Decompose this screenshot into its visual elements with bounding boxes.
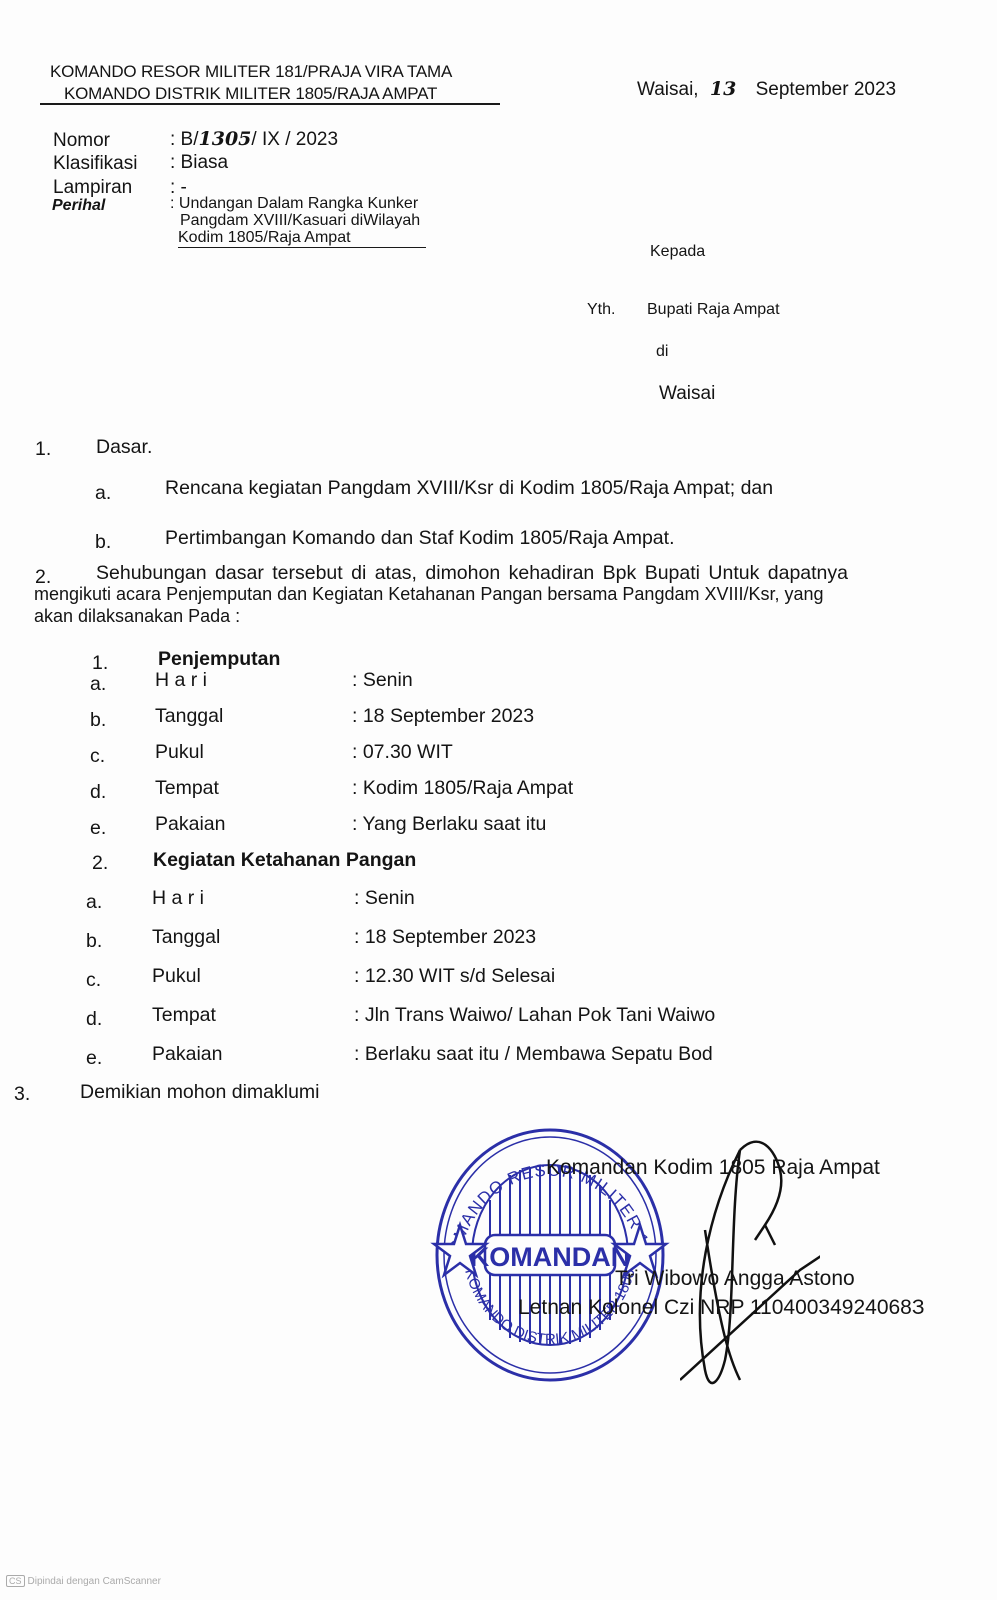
event-2-row-value: : 12.30 WIT s/d Selesai	[354, 965, 555, 988]
event-2-row-value: : Senin	[354, 887, 415, 910]
perihal-line-3: Kodim 1805/Raja Ampat	[178, 229, 426, 248]
event-2-row-letter: c.	[86, 969, 101, 992]
camscanner-footer: CSDipindai dengan CamScanner	[6, 1575, 161, 1587]
event-1-row-value: : Yang Berlaku saat itu	[352, 813, 546, 836]
event-1-row-letter: c.	[90, 745, 105, 768]
place-date: Waisai, 13 September 2023	[637, 78, 896, 101]
klasifikasi-label: Klasifikasi	[53, 153, 137, 175]
lampiran-label: Lampiran	[53, 177, 132, 199]
klasifikasi-value: : Biasa	[170, 152, 228, 174]
yth-label: Yth.	[587, 301, 615, 319]
event-1-row-value: : 07.30 WIT	[352, 741, 453, 764]
p2-line-3: akan dilaksanakan Pada :	[34, 606, 240, 627]
recipient-place: Waisai	[659, 383, 715, 405]
p3-text: Demikian mohon dimaklumi	[80, 1081, 320, 1104]
header-line-2: KOMANDO DISTRIK MILITER 1805/RAJA AMPAT	[64, 84, 437, 104]
event-1-title: Penjemputan	[158, 648, 280, 671]
p1-number: 1.	[35, 438, 51, 461]
p2-line-1: Sehubungan dasar tersebut di atas, dimoh…	[96, 562, 848, 585]
perihal-line-2: Pangdam XVIII/Kasuari diWilayah	[180, 212, 420, 230]
p3-number: 3.	[14, 1083, 30, 1106]
event-2-row-label: Tanggal	[152, 926, 220, 949]
p1-title: Dasar.	[96, 436, 152, 459]
event-1-row-letter: d.	[90, 781, 106, 804]
p1-item-b-text: Pertimbangan Komando dan Staf Kodim 1805…	[165, 527, 675, 550]
perihal-label: Perihal	[52, 197, 105, 215]
event-1-row-value: : Senin	[352, 669, 413, 692]
p2-line-2: mengikuti acara Penjemputan dan Kegiatan…	[34, 584, 824, 605]
event-2-number: 2.	[92, 852, 108, 875]
event-2-row-letter: e.	[86, 1047, 102, 1070]
event-1-row-letter: a.	[90, 673, 106, 696]
header-underline	[40, 103, 500, 105]
stamp-center-text: KOMANDAN	[470, 1242, 630, 1272]
event-1-row-value: : 18 September 2023	[352, 705, 534, 728]
event-2-row-value: : Berlaku saat itu / Membawa Sepatu Bod	[354, 1043, 713, 1066]
recipient-di: di	[656, 343, 668, 361]
event-1-row-label: Tanggal	[155, 705, 223, 728]
event-2-row-letter: d.	[86, 1008, 102, 1031]
p1-item-a-letter: a.	[95, 482, 111, 505]
camscanner-logo-icon: CS	[6, 1575, 25, 1587]
nomor-value: : B/1305/ IX / 2023	[170, 128, 338, 151]
nomor-label: Nomor	[53, 130, 110, 152]
event-2-title: Kegiatan Ketahanan Pangan	[153, 849, 416, 872]
event-1-row-letter: b.	[90, 709, 106, 732]
event-2-row-value: : Jln Trans Waiwo/ Lahan Pok Tani Waiwo	[354, 1004, 715, 1027]
handwritten-number: 1305	[199, 128, 252, 150]
handwritten-day: 13	[710, 78, 736, 100]
event-1-row-label: H a r i	[155, 669, 207, 692]
event-1-number: 1.	[92, 652, 108, 675]
handwritten-signature	[680, 1130, 820, 1400]
event-1-row-letter: e.	[90, 817, 106, 840]
event-2-row-label: Tempat	[152, 1004, 216, 1027]
header-line-1: KOMANDO RESOR MILITER 181/PRAJA VIRA TAM…	[50, 62, 452, 82]
event-2-row-value: : 18 September 2023	[354, 926, 536, 949]
kepada-label: Kepada	[650, 243, 705, 261]
event-2-row-label: H a r i	[152, 887, 204, 910]
event-2-row-label: Pakaian	[152, 1043, 222, 1066]
event-1-row-value: : Kodim 1805/Raja Ampat	[352, 777, 573, 800]
p1-item-a-text: Rencana kegiatan Pangdam XVIII/Ksr di Ko…	[165, 477, 773, 500]
recipient-name: Bupati Raja Ampat	[647, 301, 780, 319]
event-1-row-label: Pukul	[155, 741, 204, 764]
perihal-line-1: : Undangan Dalam Rangka Kunker	[170, 195, 418, 213]
event-2-row-letter: a.	[86, 891, 102, 914]
p1-item-b-letter: b.	[95, 531, 111, 554]
event-1-row-label: Tempat	[155, 777, 219, 800]
event-2-row-label: Pukul	[152, 965, 201, 988]
event-1-row-label: Pakaian	[155, 813, 225, 836]
event-2-row-letter: b.	[86, 930, 102, 953]
